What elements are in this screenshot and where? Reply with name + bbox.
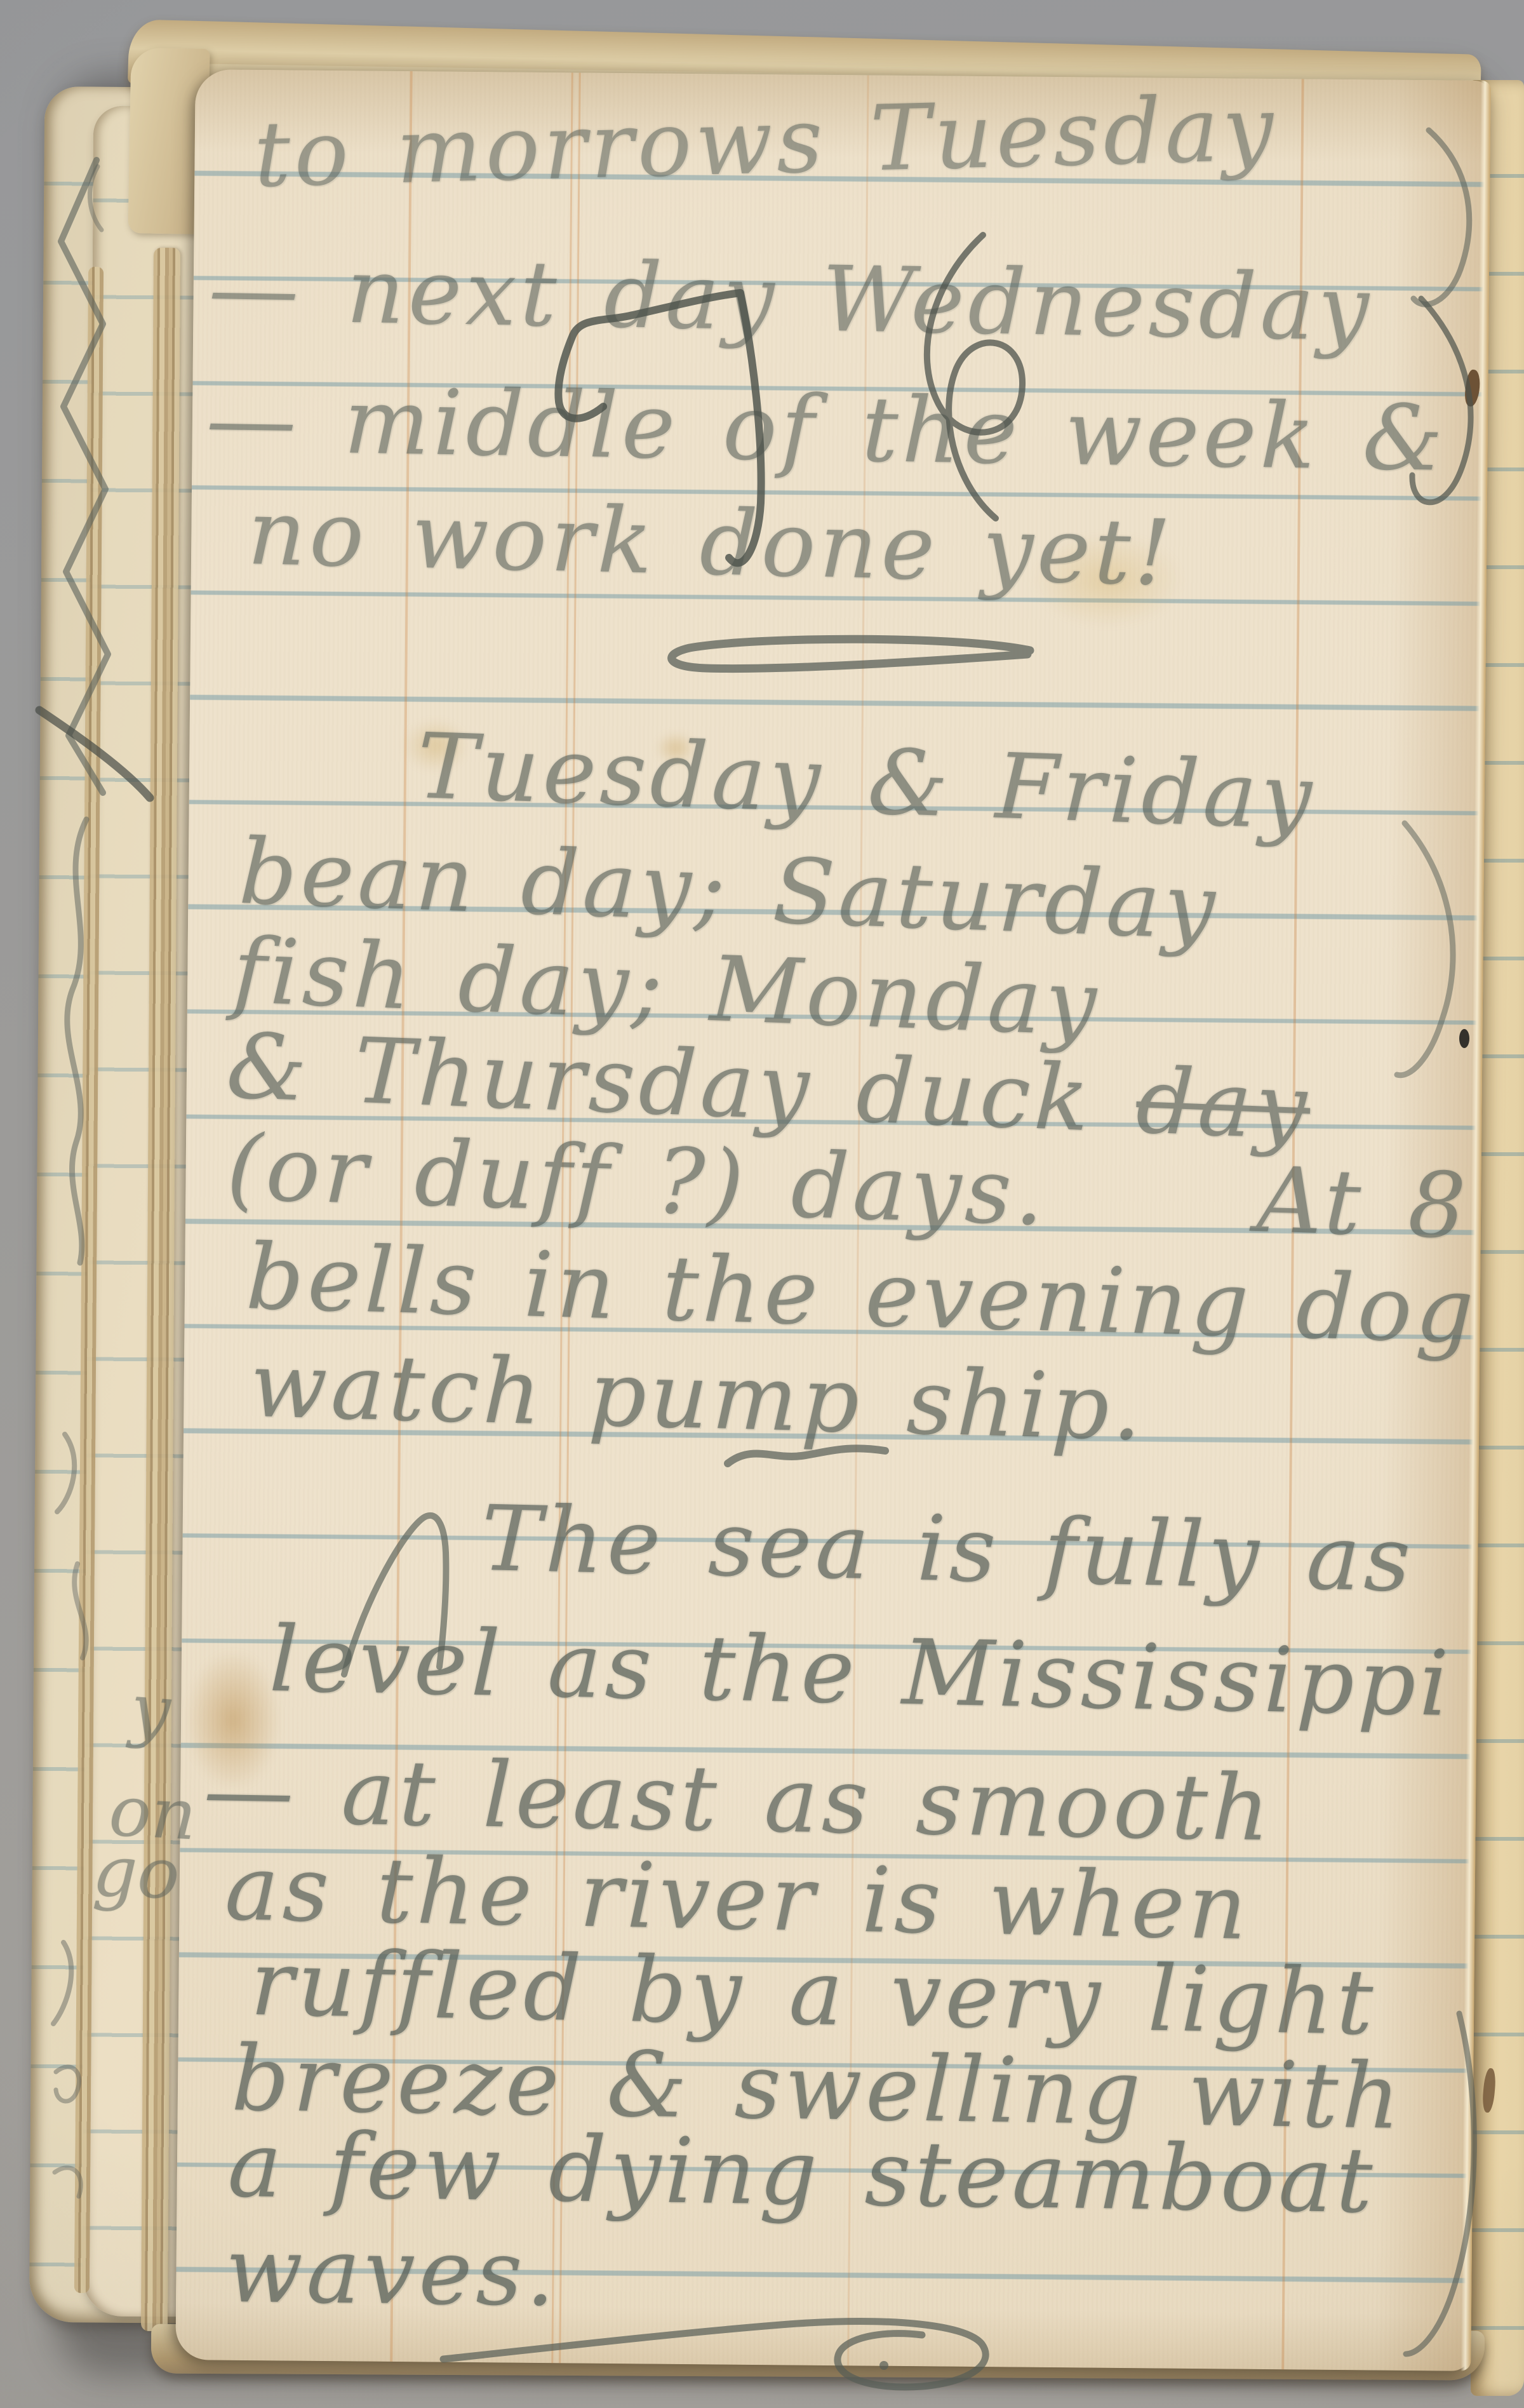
right-swoosh-stroke bbox=[1397, 823, 1453, 1075]
underpage-mark bbox=[90, 166, 102, 230]
closing-paren-stroke bbox=[1406, 2014, 1474, 2354]
closing-flourish bbox=[443, 2322, 986, 2387]
tuesday-tail-stroke bbox=[1414, 130, 1469, 304]
strikeout-scrawl-mark bbox=[558, 293, 761, 563]
underpage-mark bbox=[55, 2168, 81, 2196]
underpage-mark bbox=[57, 1434, 74, 1512]
offpage-loop-mark bbox=[1412, 299, 1471, 502]
underpage-zigzag-scribble bbox=[61, 160, 108, 793]
loop-scrawl-mark bbox=[927, 235, 1022, 518]
notebook-photo: yongo to morrows Tuesday— next day Wedne… bbox=[0, 0, 1524, 2408]
pencil-marks-overlay bbox=[0, 0, 1524, 2408]
paragraph-caret-mark bbox=[344, 1516, 446, 1674]
section-divider-stroke bbox=[672, 639, 1030, 668]
underpage-mark bbox=[56, 2067, 79, 2101]
underpage-mark bbox=[53, 1942, 71, 2024]
tilde-divider bbox=[728, 1448, 885, 1463]
flourish-dot bbox=[879, 2361, 888, 2370]
underpage-wavy-scribble bbox=[67, 819, 86, 1263]
underpage-mark bbox=[74, 1564, 86, 1658]
